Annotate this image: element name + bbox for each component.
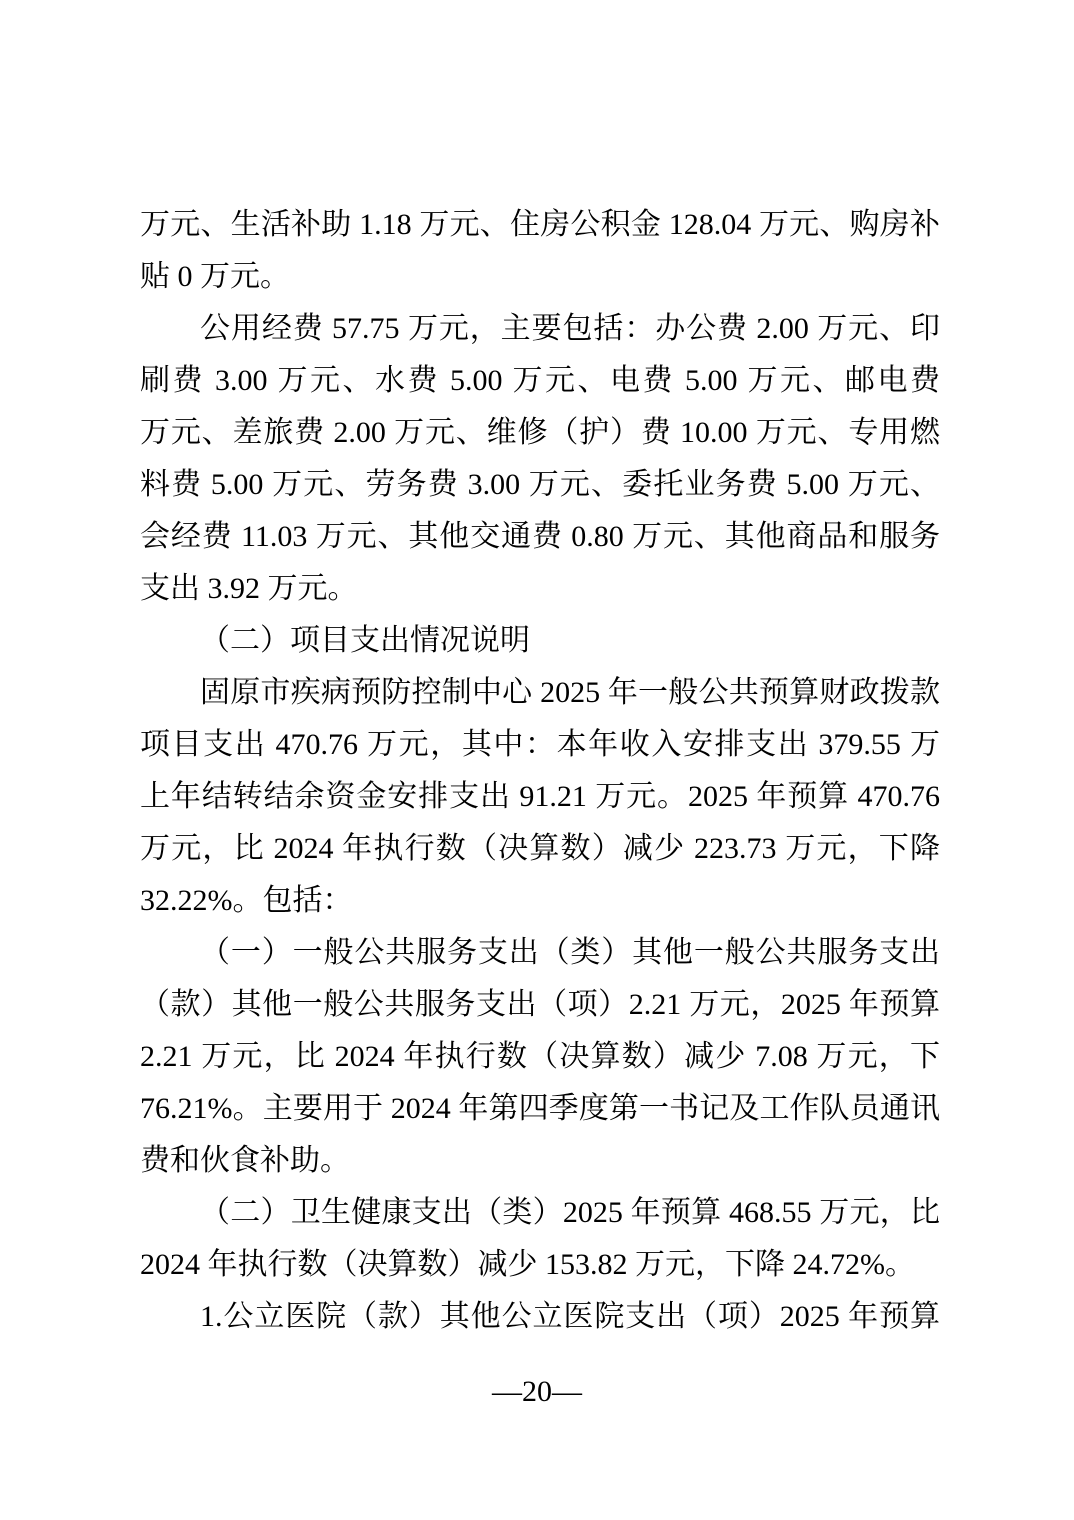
text-line: 支出 3.92 万元。 xyxy=(140,563,940,615)
text-line: 公用经费 57.75 万元，主要包括：办公费 2.00 万元、印 xyxy=(140,303,940,355)
text-line: 32.22%。包括： xyxy=(140,875,940,927)
text-line: 固原市疾病预防控制中心 2025 年一般公共预算财政拨款 xyxy=(140,667,940,719)
text-line: 刷费 3.00 万元、水费 5.00 万元、电费 5.00 万元、邮电费 2.0… xyxy=(140,355,940,407)
text-line: 万元，比 2024 年执行数（决算数）减少 223.73 万元，下降 xyxy=(140,823,940,875)
document-body: 万元、生活补助 1.18 万元、住房公积金 128.04 万元、购房补贴 0 万… xyxy=(140,199,940,1343)
paragraph: 1.公立医院（款）其他公立医院支出（项）2025 年预算 xyxy=(140,1291,940,1343)
paragraph: 公用经费 57.75 万元，主要包括：办公费 2.00 万元、印刷费 3.00 … xyxy=(140,303,940,615)
text-line: 2024 年执行数（决算数）减少 153.82 万元，下降 24.72%。 xyxy=(140,1239,940,1291)
page-number: —20— xyxy=(0,1366,1074,1418)
paragraph: （二）项目支出情况说明 xyxy=(140,615,940,667)
text-line: 料费 5.00 万元、劳务费 3.00 万元、委托业务费 5.00 万元、工 xyxy=(140,459,940,511)
text-line: （一）一般公共服务支出（类）其他一般公共服务支出 xyxy=(140,927,940,979)
paragraph: （二）卫生健康支出（类）2025 年预算 468.55 万元，比2024 年执行… xyxy=(140,1187,940,1291)
paragraph: 固原市疾病预防控制中心 2025 年一般公共预算财政拨款项目支出 470.76 … xyxy=(140,667,940,927)
text-line: （款）其他一般公共服务支出（项）2.21 万元，2025 年预算 xyxy=(140,979,940,1031)
text-line: 贴 0 万元。 xyxy=(140,251,940,303)
paragraph: （一）一般公共服务支出（类）其他一般公共服务支出（款）其他一般公共服务支出（项）… xyxy=(140,927,940,1187)
text-line: 76.21%。主要用于 2024 年第四季度第一书记及工作队员通讯 xyxy=(140,1083,940,1135)
text-line: 万元、生活补助 1.18 万元、住房公积金 128.04 万元、购房补 xyxy=(140,199,940,251)
text-line: 2.21 万元，比 2024 年执行数（决算数）减少 7.08 万元，下降 xyxy=(140,1031,940,1083)
text-line: （二）卫生健康支出（类）2025 年预算 468.55 万元，比 xyxy=(140,1187,940,1239)
text-line: 万元、差旅费 2.00 万元、维修（护）费 10.00 万元、专用燃 xyxy=(140,407,940,459)
text-line: 费和伙食补助。 xyxy=(140,1135,940,1187)
text-line: 项目支出 470.76 万元，其中：本年收入安排支出 379.55 万元， xyxy=(140,719,940,771)
document-page: 万元、生活补助 1.18 万元、住房公积金 128.04 万元、购房补贴 0 万… xyxy=(0,0,1074,1520)
paragraph: 万元、生活补助 1.18 万元、住房公积金 128.04 万元、购房补贴 0 万… xyxy=(140,199,940,303)
text-line: 1.公立医院（款）其他公立医院支出（项）2025 年预算 xyxy=(140,1291,940,1343)
text-line: 上年结转结余资金安排支出 91.21 万元。2025 年预算 470.76 xyxy=(140,771,940,823)
text-line: （二）项目支出情况说明 xyxy=(140,615,940,667)
text-line: 会经费 11.03 万元、其他交通费 0.80 万元、其他商品和服务 xyxy=(140,511,940,563)
